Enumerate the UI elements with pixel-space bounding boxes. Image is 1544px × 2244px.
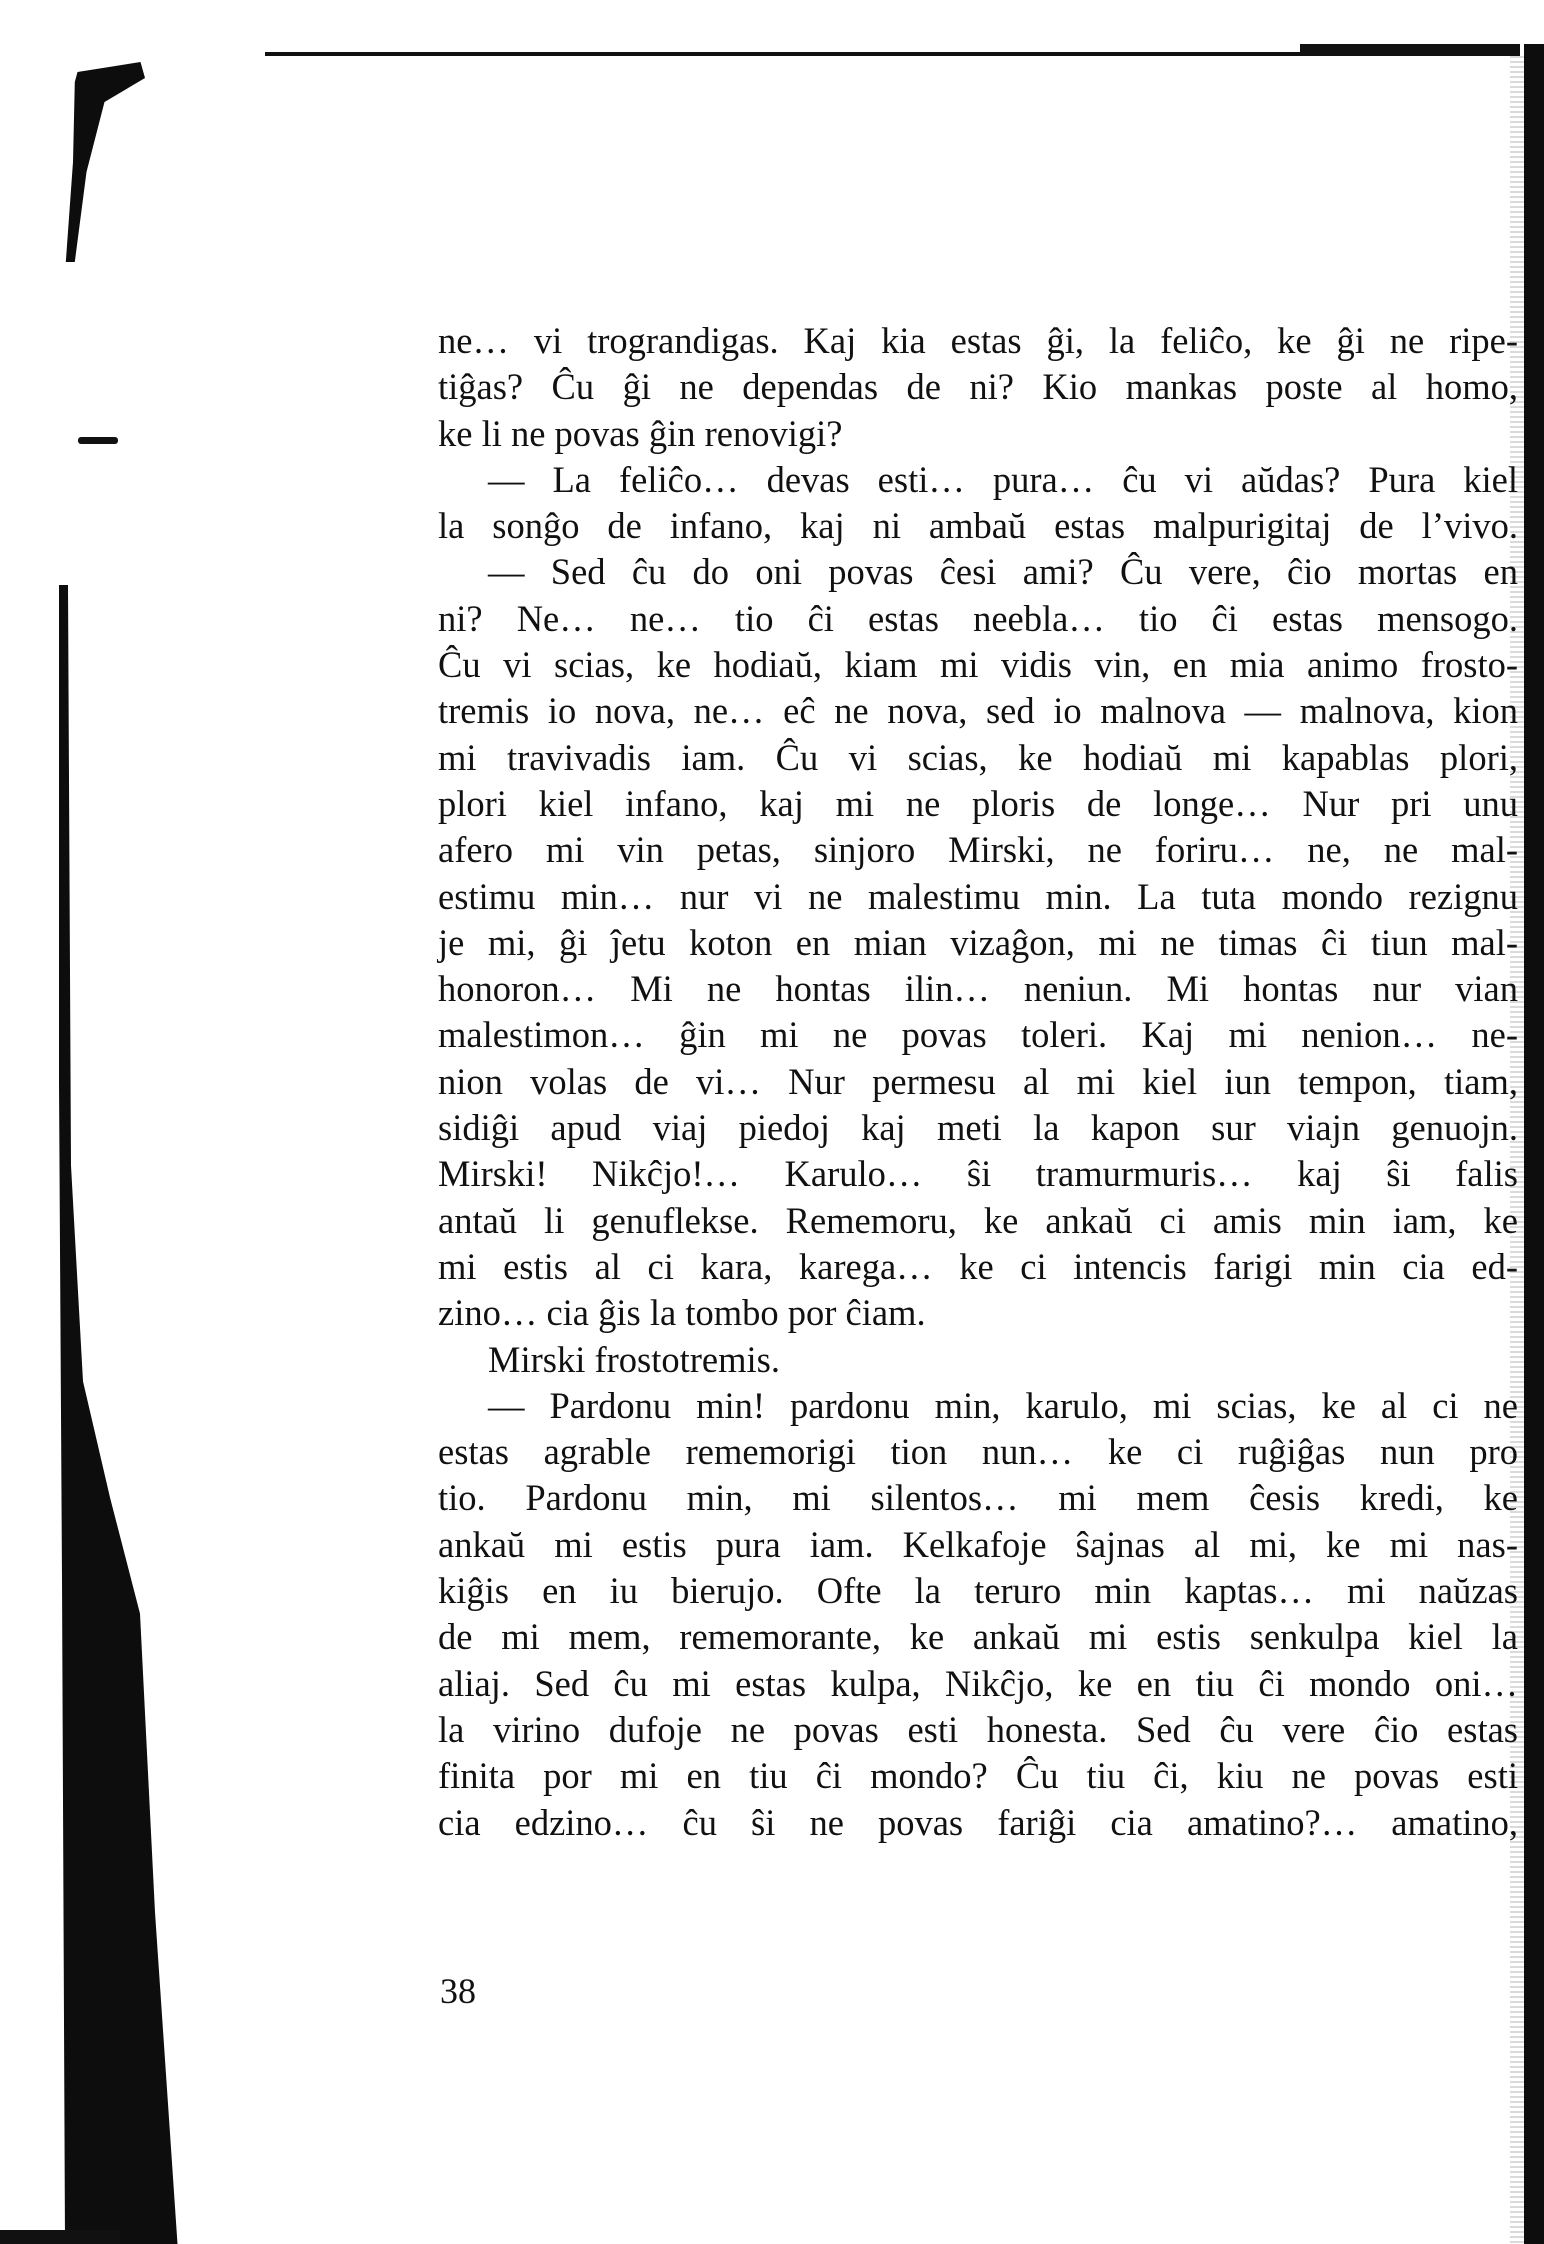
text-line: Mirski frostotremis.: [438, 1337, 1518, 1383]
scan-left-mark: [78, 437, 118, 444]
text-line: ke li ne povas ĝin renovigi?: [438, 411, 1518, 457]
scan-bottom-edge: [0, 2230, 120, 2244]
text-line: finita por mi en tiu ĉi mondo? Ĉu tiu ĉi…: [438, 1753, 1518, 1799]
scan-right-edge: [1524, 44, 1544, 2244]
text-line: sidiĝi apud viaj piedoj kaj meti la kapo…: [438, 1105, 1518, 1151]
text-line: cia edzino… ĉu ŝi ne povas fariĝi cia am…: [438, 1800, 1518, 1846]
text-line: antaŭ li genuflekse. Rememoru, ke ankaŭ …: [438, 1198, 1518, 1244]
text-line: kiĝis en iu bierujo. Ofte la teruro min …: [438, 1568, 1518, 1614]
text-line: estimu min… nur vi ne malestimu min. La …: [438, 874, 1518, 920]
text-line: nion volas de vi… Nur permesu al mi kiel…: [438, 1059, 1518, 1105]
text-line: de mi mem, rememorante, ke ankaŭ mi esti…: [438, 1614, 1518, 1660]
page-number: 38: [440, 1968, 476, 2014]
text-line: ne… vi trograndigas. Kaj kia estas ĝi, l…: [438, 318, 1518, 364]
text-line: afero mi vin petas, sinjoro Mirski, ne f…: [438, 827, 1518, 873]
text-line: Mirski! Nikĉjo!… Karulo… ŝi tramurmuris……: [438, 1151, 1518, 1197]
text-line: je mi, ĝi ĵetu koton en mian vizaĝon, mi…: [438, 920, 1518, 966]
text-line: aliaj. Sed ĉu mi estas kulpa, Nikĉjo, ke…: [438, 1661, 1518, 1707]
page-body-text: ne… vi trograndigas. Kaj kia estas ĝi, l…: [438, 318, 1518, 1846]
text-line: la virino dufoje ne povas esti honesta. …: [438, 1707, 1518, 1753]
text-line: malestimon… ĝin mi ne povas toleri. Kaj …: [438, 1012, 1518, 1058]
scan-top-edge-corner: [1300, 44, 1520, 56]
text-line: ni? Ne… ne… tio ĉi estas neebla… tio ĉi …: [438, 596, 1518, 642]
text-line: — Pardonu min! pardonu min, karulo, mi s…: [438, 1383, 1518, 1429]
text-line: tiĝas? Ĉu ĝi ne dependas de ni? Kio mank…: [438, 364, 1518, 410]
text-line: ankaŭ mi estis pura iam. Kelkafoje ŝajna…: [438, 1522, 1518, 1568]
text-line: honoron… Mi ne hontas ilin… neniun. Mi h…: [438, 966, 1518, 1012]
scan-left-binding-shadow: [50, 585, 200, 2244]
text-line: mi estis al ci kara, karega… ke ci inten…: [438, 1244, 1518, 1290]
text-line: mi travivadis iam. Ĉu vi scias, ke hodia…: [438, 735, 1518, 781]
text-line: tio. Pardonu min, mi silentos… mi mem ĉe…: [438, 1475, 1518, 1521]
scan-left-corner-shadow: [55, 62, 145, 262]
text-line: Ĉu vi scias, ke hodiaŭ, kiam mi vidis vi…: [438, 642, 1518, 688]
text-line: estas agrable rememorigi tion nun… ke ci…: [438, 1429, 1518, 1475]
text-line: tremis io nova, ne… eĉ ne nova, sed io m…: [438, 688, 1518, 734]
text-line: — La feliĉo… devas esti… pura… ĉu vi aŭd…: [438, 457, 1518, 503]
text-line: la sonĝo de infano, kaj ni ambaŭ estas m…: [438, 503, 1518, 549]
text-line: — Sed ĉu do oni povas ĉesi ami? Ĉu vere,…: [438, 549, 1518, 595]
text-line: zino… cia ĝis la tombo por ĉiam.: [438, 1290, 1518, 1336]
text-line: plori kiel infano, kaj mi ne ploris de l…: [438, 781, 1518, 827]
